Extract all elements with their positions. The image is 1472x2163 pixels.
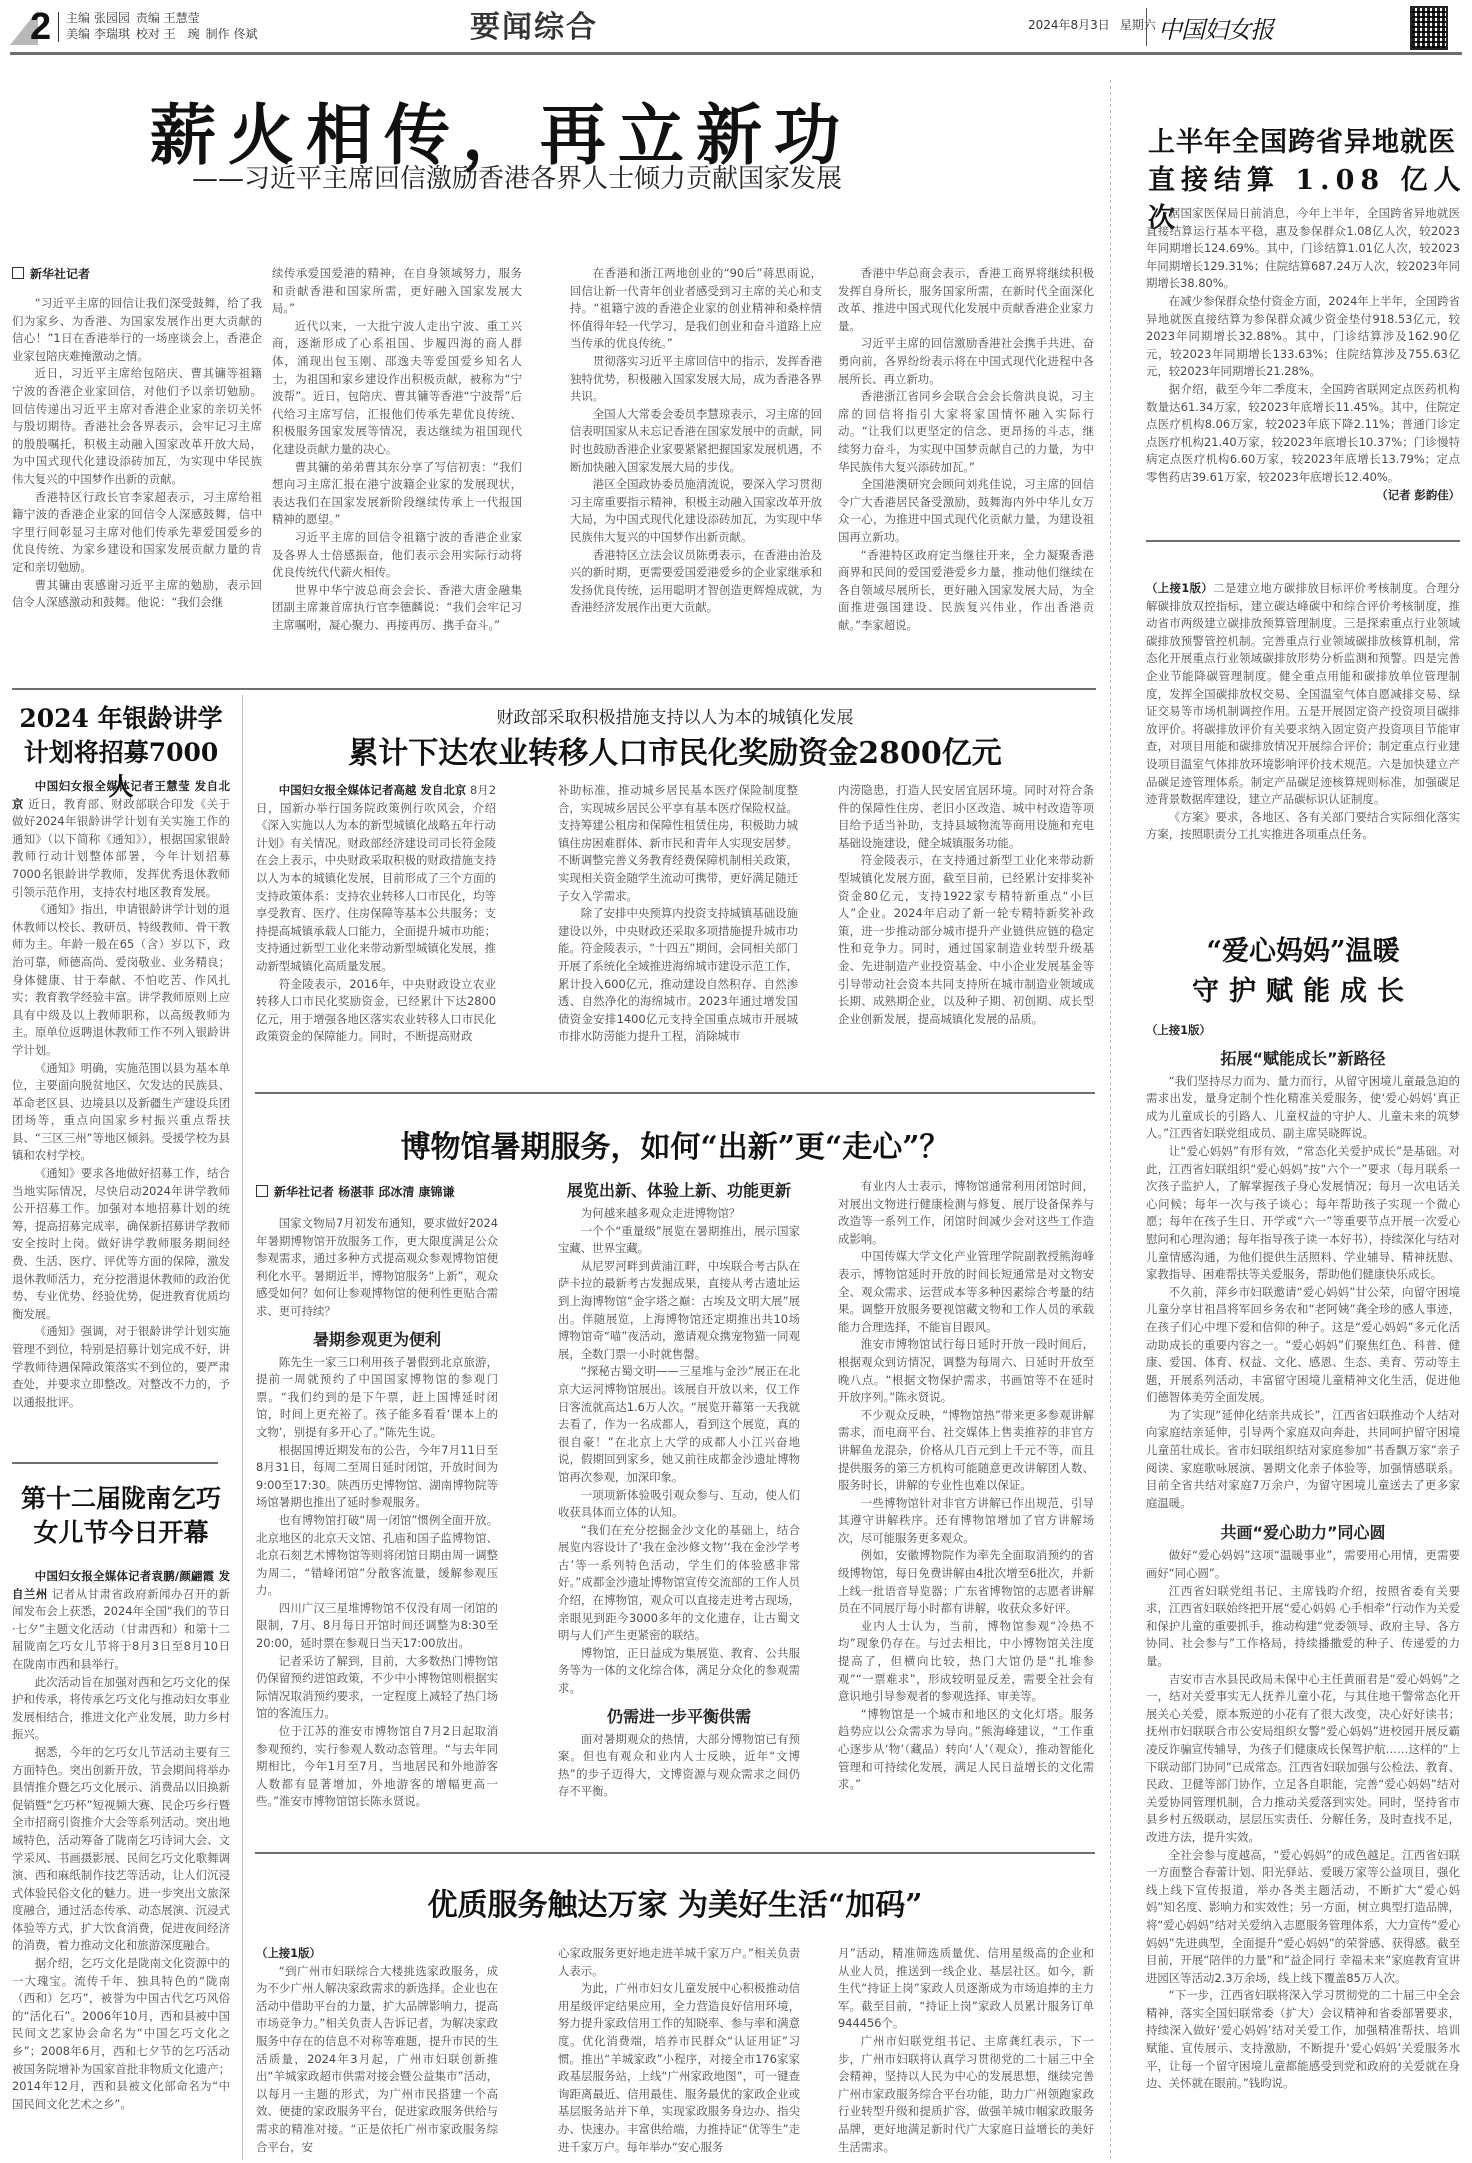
urban-column-1: 中国妇女报全媒体记者高越 发自北京 8月2日，国新办举行国务院政策例行吹风会，介…: [256, 782, 496, 1046]
housekeeping-column-3: 月”活动，精准筛选质量优、信用星级高的企业和从业人员，推送到一线企业、基层社区。…: [838, 1945, 1094, 2156]
lead-column-2: 续传承爱国爱港的精神，在自身领域努力，服务和贡献香港和国家所需，更好融入国家发展…: [272, 265, 522, 634]
continued-tag: （上接1版）: [1146, 581, 1213, 595]
paragraph: 全社会参与度越高，“爱心妈妈”的成色越足。江西省妇联一方面整合春蕾计划、阳光驿站…: [1146, 1847, 1460, 1988]
paragraph: 《通知》要求各地做好招募工作，结合当地实际情况，尽快启动2024年讲学教师公开招…: [12, 1165, 230, 1323]
paragraph: 从尼罗河畔到黄浦江畔，中埃联合考古队在萨卡拉的最新考古发掘成果，直接从考古遗址运…: [558, 1258, 800, 1364]
paragraph: 此次活动旨在加强对西和乞巧文化的保护和传承，将传承乞巧文化与推动妇女事业发展相结…: [12, 1674, 230, 1744]
paragraph: 月”活动，精准筛选质量优、信用星级高的企业和从业人员，推送到一线企业、基层社区。…: [838, 1945, 1094, 2033]
paragraph: 港区全国政协委员施清流说，要深入学习贯彻习主席重要指示精神，积极主动融入国家改革…: [570, 476, 822, 546]
paragraph: 淮安市博物馆试行每日延时开放一段时间后，根据观众到访情况，调整为每周六、日延时开…: [838, 1336, 1094, 1406]
paragraph: 国家文物局7月初发布通知，要求做好2024年暑期博物馆开放服务工作，更大限度满足…: [256, 1215, 498, 1321]
paragraph: 曹其镛由衷感谢习近平主席的勉励，表示回信令人深感激动和鼓舞。他说：“我们会继: [12, 577, 262, 612]
paragraph: 据介绍，截至今年二季度末，全国跨省联网定点医药机构数量达61.34万家，较202…: [1146, 381, 1460, 487]
paragraph: 习近平主席的回信激励香港社会携手共进、奋勇向前，各界纷纷表示将在中国式现代化进程…: [838, 335, 1094, 388]
paragraph: 让“爱心妈妈”有形有效，“常态化关爱护成长”是基础。对此，江西省妇联组织“爱心妈…: [1146, 1143, 1460, 1284]
header-rule: [10, 52, 1462, 55]
column-divider: [1110, 80, 1111, 2160]
paragraph: 香港特区立法会议员陈勇表示，在香港由治及兴的新时期，更需要爱国爱港爱乡的企业家继…: [570, 547, 822, 617]
square-marker-icon: [256, 1185, 268, 1197]
paragraph: 续传承爱国爱港的精神，在自身领域努力，服务和贡献香港和国家所需，更好融入国家发展…: [272, 265, 522, 318]
paragraph: 补助标准，推动城乡居民基本医疗保险制度整合，实现城乡居民公平享有基本医疗保险权益…: [558, 782, 798, 905]
paragraph: “我们在充分挖掘金沙文化的基础上，结合展览内容设计了‘我在金沙修文物’‘我在金沙…: [558, 1522, 800, 1645]
museum-byline: 新华社记者 杨湛菲 邱冰清 康锦谦: [256, 1183, 455, 1200]
continued-tag: （上接1版）: [256, 1945, 498, 1963]
subheading: 展览出新、体验上新、功能更新: [558, 1178, 800, 1201]
lead-byline: 新华社记者: [12, 265, 90, 282]
urban-column-3: 内涝隐患，打造人民安居宜居环境。同时对符合条件的保障性住房、老旧小区改造、城中村…: [838, 782, 1094, 1028]
paragraph: 心家政服务更好地走进羊城千家万户。”相关负责人表示。: [558, 1945, 800, 1980]
divider: [58, 12, 59, 42]
lovemom-headline: “爱心妈妈”温暖 守护赋能成长: [1146, 932, 1460, 1012]
section-rule: [1146, 540, 1460, 542]
byline-text: 新华社记者 杨湛菲 邱冰清 康锦谦: [274, 1185, 455, 1199]
museum-column-1: 国家文物局7月初发布通知，要求做好2024年暑期博物馆开放服务工作，更大限度满足…: [256, 1215, 498, 1811]
paragraph: 广州市妇联党组书记、主席龚红表示，下一步，广州市妇联将认真学习贯彻党的二十届三中…: [838, 2033, 1094, 2156]
paragraph: 为了实现“延伸化结亲共成长”，江西省妇联推动个人结对向家庭结亲延伸，引导两个家庭…: [1146, 1407, 1460, 1513]
paragraph: “到广州市妇联综合大楼挑选家政服务，成为不少广州人解决家政需求的新选择。企业也在…: [256, 1963, 498, 2157]
paragraph: 《通知》明确，实施范围以县为基本单位，主要面向脱贫地区、欠发达的民族县、革命老区…: [12, 1060, 230, 1166]
urban-kicker: 财政部采取积极措施支持以人为本的城镇化发展: [255, 703, 1095, 728]
paragraph: 记者采访了解到，目前，大多数热门博物馆仍保留预约进馆政策，不少中小博物馆则根据实…: [256, 1653, 498, 1723]
paragraph: 香港浙江省同乡会联合会会长詹洪良说，习主席的回信将指引大家将家国情怀融入实际行动…: [838, 388, 1094, 476]
page-number: 2: [30, 6, 51, 49]
paragraph: “香港特区政府定当继往开来，全力凝聚香港商界和民间的爱国爱港爱乡力量，推动他们继…: [838, 547, 1094, 635]
paragraph: 也有博物馆打破“周一闭馆”惯例全面开放。北京地区的北京天文馆、孔庙和国子监博物馆…: [256, 1512, 498, 1600]
housekeeping-column-1: （上接1版） “到广州市妇联综合大楼挑选家政服务，成为不少广州人解决家政需求的新…: [256, 1945, 498, 2156]
credit-proofreader: 校对 王 琬: [136, 27, 200, 41]
paragraph: 二是建立地方碳排放目标评价考核制度。合理分解碳排放双控指标，建立碳达峰碳中和综合…: [1146, 581, 1460, 806]
paragraph: 不久前，萍乡市妇联邀请“爱心妈妈”甘公荣，向留守困境儿童分享甘祖昌将军回乡务农和…: [1146, 1284, 1460, 1407]
paragraph: 四川广汉三星堆博物馆不仅没有周一闭馆的限制，7月、8月每日开馆时间还调整为8:3…: [256, 1600, 498, 1653]
paragraph: 例如，安徽博物院作为率先全面取消预约的省级博物馆，每日免费讲解由4批次增至6批次…: [838, 1547, 1094, 1617]
paragraph: “下一步，江西省妇联将深入学习贯彻党的二十届三中全会精神，落实全国妇联常委（扩大…: [1146, 1987, 1460, 2093]
paragraph: 业内人士认为，当前，博物馆参观“冷热不均”现象仍存在。与过去相比，中小博物馆关注…: [838, 1618, 1094, 1706]
paragraph: 符金陵表示，在支持通过新型工业化来带动新型城镇化发展方面，截至目前，已经累计安排…: [838, 852, 1094, 1028]
paragraph: 为此，广州市妇女儿童发展中心积极推动信用星级评定结果应用，全力营造良好信用环境，…: [558, 1980, 800, 2156]
paragraph: 8月2日，国新办举行国务院政策例行吹风会，介绍《深入实施以人为本的新型城镇化战略…: [256, 783, 496, 973]
urban-column-2: 补助标准，推动城乡居民基本医疗保险制度整合，实现城乡居民公平享有基本医疗保险权益…: [558, 782, 798, 1046]
date-text: 2024年8月3日: [1028, 18, 1110, 32]
paragraph: 习近平主席的回信令祖籍宁波的香港企业家及各界人士倍感振奋，他们表示会用实际行动将…: [272, 529, 522, 582]
paragraph: “博物馆是一个城市和地区的文化灯塔。服务趋势应以公众需求为导向。”熊海峰建议，“…: [838, 1706, 1094, 1794]
section-rule: [12, 1462, 218, 1464]
section-rule: [12, 688, 1096, 690]
museum-headline: 博物馆暑期服务，如何“出新”更“走心”？: [255, 1122, 1095, 1166]
paragraph: 一个个“重量级”展览在暑期推出，展示国家宝藏、世界宝藏。: [558, 1223, 800, 1258]
paragraph: 世界中华宁波总商会会长、香港大唐金融集团副主席兼首席执行官李德麟说：“我们会牢记…: [272, 582, 522, 635]
museum-column-2: 展览出新、体验上新、功能更新 为何越来越多观众走进博物馆？ 一个个“重量级”展览…: [558, 1178, 800, 1801]
paragraph: 据介绍，乞巧文化是陇南文化资源中的一大瑰宝。流传千年、独具特色的“陇南（西和）乞…: [12, 1955, 230, 2113]
paragraph: 符金陵表示，2016年，中央财政设立农业转移人口市民化奖励资金，已经累计下达28…: [256, 976, 496, 1046]
paragraph: 面对暑期观众的热情，大部分博物馆已有预案。但也有观众和业内人士反映，近年“文博热…: [558, 1731, 800, 1801]
paragraph: 一项项新体验吸引观众参与、互动，使人们收获具体而立体的认知。: [558, 1487, 800, 1522]
paragraph: 内涝隐患，打造人民安居宜居环境。同时对符合条件的保障性住房、老旧小区改造、城中村…: [838, 782, 1094, 852]
paragraph: 香港特区行政长官李家超表示，习主席给祖籍宁波的香港企业家的回信令人深感鼓舞，信中…: [12, 489, 262, 577]
lead-column-1: “习近平主席的回信让我们深受鼓舞，给了我们为家乡、为香港、为国家发展作出更大贡献…: [12, 295, 262, 612]
paragraph: 近日，习近平主席给包陪庆、曹其镛等祖籍宁波的香港企业家回信，对他们予以亲切勉励。…: [12, 365, 262, 488]
paragraph: 博物馆，正日益成为集展览、教育、公共服务等为一体的文化综合体，满足分众化的参观需…: [558, 1645, 800, 1698]
paragraph: 吉安市吉水县民政局未保中心主任黄丽君是“爱心妈妈”之一，结对关爱事实无人抚养儿童…: [1146, 1671, 1460, 1847]
housekeeping-column-2: 心家政服务更好地走进羊城千家万户。”相关负责人表示。 为此，广州市妇女儿童发展中…: [558, 1945, 800, 2156]
paragraph: 陈先生一家三口利用孩子暑假到北京旅游，提前一周就预约了中国国家博物馆的参观门票。…: [256, 1354, 498, 1442]
paragraph: 全国港澳研究会顾问刘兆佳说，习主席的回信令广大香港居民备受激励，鼓舞海内外中华儿…: [838, 476, 1094, 546]
section-rule: [255, 1092, 1095, 1094]
paragraph: 江西省妇联党组书记、主席钱昀介绍，按照省委有关要求，江西省妇联始终把开展“爱心妈…: [1146, 1583, 1460, 1671]
paragraph: 近日，教育部、财政部联合印发《关于做好2024年银龄讲学计划有关实施工作的通知》…: [12, 797, 230, 899]
silver-article: 中国妇女报全媒体记者王慧莹 发自北京 近日，教育部、财政部联合印发《关于做好20…: [12, 778, 230, 1411]
paragraph: 不少观众反映，“博物馆热”带来更多参观讲解需求，而电商平台、社交媒体上售卖推荐的…: [838, 1407, 1094, 1495]
paragraph: 全国人大常委会委员李慧琼表示，习主席的回信表明国家从未忘记香港在国家发展中的贡献…: [570, 406, 822, 476]
paragraph: 除了安排中央预算内投资支持城镇基础设施建设以外，中央财政还采取多项措施提升城市功…: [558, 905, 798, 1046]
paragraph: 有业内人士表示，博物馆通常利用闭馆时间，对展出文物进行健康检测与修复、展厅设备保…: [838, 1178, 1094, 1248]
lead-subheadline: ——习近平主席回信激励香港各界人士倾力贡献国家发展: [192, 158, 842, 195]
subheading: 共画“爱心助力”同心圆: [1146, 1520, 1460, 1543]
weekday-text: 星期六: [1120, 18, 1156, 32]
subheading: 拓展“赋能成长”新路径: [1146, 1046, 1460, 1069]
byline-text: 新华社记者: [30, 267, 90, 281]
section-title: 要闻综合: [470, 2, 598, 46]
paragraph: 为何越来越多观众走进博物馆？: [558, 1205, 800, 1223]
museum-column-3: 有业内人士表示，博物馆通常利用闭馆时间，对展出文物进行健康检测与修复、展厅设备保…: [838, 1178, 1094, 1794]
headline-line: “爱心妈妈”温暖: [1146, 932, 1460, 972]
headline-line: 守护赋能成长: [1146, 972, 1460, 1012]
paragraph: “习近平主席的回信让我们深受鼓舞，给了我们为家乡、为香港、为国家发展作出更大贡献…: [12, 295, 262, 365]
lead-column-4: 香港中华总商会表示，香港工商界将继续积极发挥自身所长，服务国家所需，在新时代全面…: [838, 265, 1094, 634]
paragraph: 一些博物馆针对非官方讲解已作出规范，引导其遵守讲解秩序。还有博物馆增加了官方讲解…: [838, 1495, 1094, 1548]
housekeeping-headline: 优质服务触达万家 为美好生活“加码”: [255, 1880, 1095, 1924]
qiqiao-headline: 第十二届陇南乞巧 女儿节今日开幕: [12, 1482, 230, 1550]
credit-responsible-editor: 责编 王慧莹: [136, 11, 200, 25]
paragraph: 中国传媒大学文化产业管理学院副教授熊海峰表示，博物馆延时开放的时间长短通常是对文…: [838, 1248, 1094, 1336]
paragraph: 位于江苏的淮安市博物馆自7月2日起取消参观预约，实行参观人数动态管理。“与去年同…: [256, 1723, 498, 1811]
lead-column-3: 在香港和浙江两地创业的“90后”蒋思雨说，回信让新一代青年创业者感受到习主席的关…: [570, 265, 822, 617]
headline-line: 第十二届陇南乞巧: [12, 1482, 230, 1516]
credit-art-editor: 美编 李瑞琪: [66, 27, 130, 41]
newspaper-logo: 中国妇女报: [1158, 10, 1273, 45]
qiqiao-article: 中国妇女报全媒体记者袁鹏/颜翩霞 发自兰州 记者从甘肃省政府新闻办召开的新闻发布…: [12, 1568, 230, 2113]
paragraph: 香港中华总商会表示，香港工商界将继续积极发挥自身所长，服务国家所需，在新时代全面…: [838, 265, 1094, 335]
carbon-continued-article: （上接1版）二是建立地方碳排放目标评价考核制度。合理分解碳排放双控指标，建立碳达…: [1146, 580, 1460, 844]
paragraph: 曹其镛的弟弟曹其东分享了写信初衷：“我们想向习主席汇报在港宁波籍企业家的发展现状…: [272, 459, 522, 529]
paragraph: 做好“爱心妈妈”这项“温暖事业”，需要用心用情，更需要画好“同心圆”。: [1146, 1547, 1460, 1582]
divider: [1146, 8, 1147, 46]
paragraph: 《通知》强调，对于银龄讲学计划实施管理不到位，特别是招募计划完成不好，讲学教师待…: [12, 1323, 230, 1411]
reporter-credit: （记者 彭韵佳）: [1146, 487, 1460, 505]
column-divider: [242, 695, 243, 2160]
subheading: 暑期参观更为便利: [256, 1327, 498, 1350]
paragraph: 《方案》要求，各地区、各有关部门要结合实际细化落实方案，按照职责分工扎实推进各项…: [1146, 809, 1460, 844]
qr-code-icon[interactable]: [1410, 6, 1448, 50]
subheading: 仍需进一步平衡供需: [558, 1704, 800, 1727]
continued-tag: （上接1版）: [1146, 1022, 1460, 1040]
paragraph: 《通知》指出，申请银龄讲学计划的退休教师以校长、教研员、特级教师、骨干教师为主。…: [12, 901, 230, 1059]
headline-line: 2024 年银龄讲学: [12, 702, 230, 736]
headline-line: 女儿节今日开幕: [12, 1516, 230, 1550]
paragraph: 在香港和浙江两地创业的“90后”蒋思雨说，回信让新一代青年创业者感受到习主席的关…: [570, 265, 822, 353]
paragraph: 据悉，今年的乞巧女儿节活动主要有三方面特色。突出创新开放，节会期间将举办县情推介…: [12, 1744, 230, 1955]
paragraph: 在减少参保群众垫付资金方面，2024年上半年，全国跨省异地就医直接结算为参保群众…: [1146, 293, 1460, 381]
headline-line: 上半年全国跨省异地就医: [1148, 124, 1472, 162]
square-marker-icon: [12, 267, 24, 279]
paragraph: 贯彻落实习近平主席回信中的指示，发挥香港独特优势，积极融入国家发展大局，成为香港…: [570, 353, 822, 406]
paragraph: 根据国博近期发布的公告，今年7月11日至8月31日，每周二至周日延时闭馆，开放时…: [256, 1442, 498, 1512]
credit-production: 制作 佟斌: [206, 27, 258, 41]
medical-article: 据国家医保局日前消息，今年上半年，全国跨省异地就医直接结算运行基本平稳，惠及参保…: [1146, 205, 1460, 504]
lovemom-article: （上接1版） 拓展“赋能成长”新路径 “我们坚持尽力而为、量力而行，从留守困境儿…: [1146, 1022, 1460, 2093]
paragraph: 据国家医保局日前消息，今年上半年，全国跨省异地就医直接结算运行基本平稳，惠及参保…: [1146, 205, 1460, 293]
editor-credits: 主编 张园园责编 王慧莹 美编 李瑞琪校对 王 琬制作 佟斌: [66, 10, 263, 42]
credit-chief-editor: 主编 张园园: [66, 11, 130, 25]
urban-headline: 累计下达农业转移人口市民化奖励资金2800亿元: [255, 728, 1095, 772]
section-rule: [255, 1852, 1095, 1854]
paragraph: “我们坚持尽力而为、量力而行，从留守困境儿童最急迫的需求出发，量身定制个性化精准…: [1146, 1073, 1460, 1143]
paragraph: “探秘古蜀文明——三星堆与金沙”展正在北京大运河博物馆展出。该展自开放以来，仅工…: [558, 1363, 800, 1486]
paragraph: 近代以来，一大批宁波人走出宁波、重工兴商，逐渐形成了心系祖国、步履四海的商人群体…: [272, 318, 522, 459]
byline: 中国妇女报全媒体记者高越 发自北京: [279, 783, 466, 797]
